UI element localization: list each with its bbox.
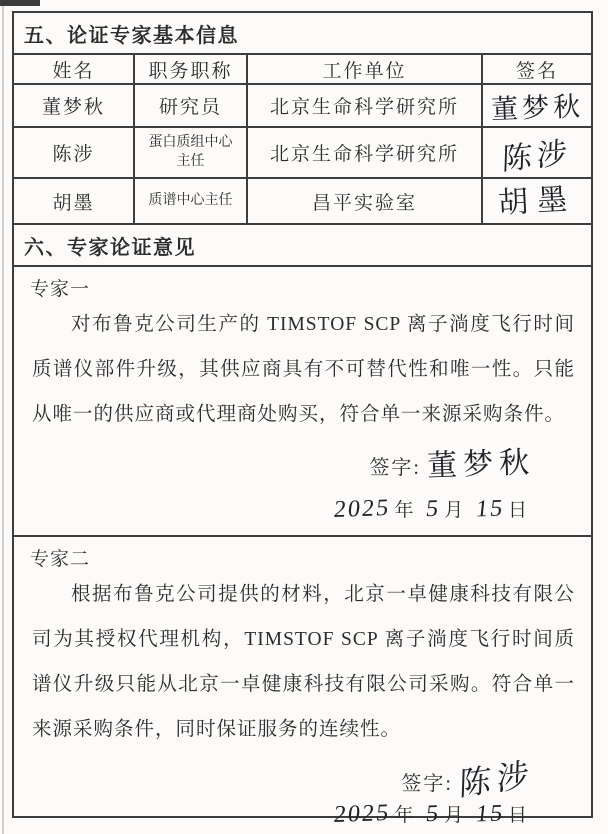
expert2-sign-line: 签字:陈涉: [30, 754, 577, 800]
day-label: 日: [508, 500, 529, 521]
section5-title: 五、论证专家基本信息: [14, 13, 591, 55]
day-label: 日: [508, 805, 529, 826]
month-label: 月: [444, 500, 465, 521]
table-row: 陈涉 蛋白质组中心主任 北京生命科学研究所 陈涉: [14, 127, 591, 178]
expert1-sign-line: 签字:董梦秋: [30, 439, 577, 483]
col-header-signature: 签名: [482, 55, 591, 84]
handwritten-signature: 陈涉: [459, 748, 536, 805]
sign-label: 签字:: [369, 457, 421, 479]
expert-unit: 昌平实验室: [247, 178, 482, 224]
expert-name: 董梦秋: [14, 84, 134, 127]
signature-cell: 陈涉: [482, 127, 591, 178]
col-header-title: 职务职称: [134, 55, 247, 84]
table-row: 胡墨 质谱中心主任 昌平实验室 胡墨: [14, 178, 591, 224]
handwritten-day: 15: [474, 496, 505, 524]
expert2-label: 专家二: [30, 541, 577, 571]
expert1-date-line: 2025年 5月 15日: [30, 495, 577, 523]
handwritten-day: 15: [474, 801, 505, 829]
handwritten-year: 2025: [333, 495, 392, 524]
expert2-opinion-block: 专家二 根据布鲁克公司提供的材料，北京一卓健康科技有限公司为其授权代理机构，TI…: [14, 535, 591, 834]
expert-unit: 北京生命科学研究所: [247, 84, 482, 127]
expert-unit: 北京生命科学研究所: [247, 127, 482, 178]
handwritten-signature: 董梦秋: [490, 84, 584, 126]
expert-title: 研究员: [134, 84, 247, 127]
section6-title: 六、专家论证意见: [14, 225, 591, 267]
handwritten-month: 5: [425, 496, 442, 523]
year-label: 年: [394, 500, 415, 521]
expert2-date-line: 2025年 5月 15日: [30, 800, 577, 828]
expert1-opinion-text: 对布鲁克公司生产的 TIMSTOF SCP 离子淌度飞行时间质谱仪部件升级，其供…: [32, 302, 575, 437]
expert-name: 胡墨: [14, 178, 134, 224]
expert-name: 陈涉: [14, 127, 134, 178]
expert-title: 质谱中心主任: [134, 178, 247, 224]
document-frame: 五、论证专家基本信息 姓名 职务职称 工作单位 签名 董梦秋 研究员 北京生命科…: [12, 11, 593, 818]
col-header-unit: 工作单位: [247, 55, 482, 84]
experts-info-table: 姓名 职务职称 工作单位 签名 董梦秋 研究员 北京生命科学研究所 董梦秋 陈涉…: [14, 55, 591, 225]
scanned-document-page: 五、论证专家基本信息 姓名 职务职称 工作单位 签名 董梦秋 研究员 北京生命科…: [0, 0, 608, 834]
handwritten-signature: 胡墨: [497, 174, 577, 222]
sign-label: 签字:: [401, 773, 453, 795]
scan-corner-artifact: [0, 0, 40, 6]
expert-title: 蛋白质组中心主任: [134, 127, 247, 178]
table-row: 董梦秋 研究员 北京生命科学研究所 董梦秋: [14, 84, 591, 127]
signature-cell: 董梦秋: [482, 84, 591, 127]
year-label: 年: [394, 805, 415, 826]
scan-edge-artifact: [2, 0, 4, 834]
handwritten-year: 2025: [333, 800, 392, 829]
handwritten-month: 5: [425, 801, 442, 828]
expert1-opinion-block: 专家一 对布鲁克公司生产的 TIMSTOF SCP 离子淌度飞行时间质谱仪部件升…: [14, 267, 591, 535]
handwritten-signature: 董梦秋: [426, 437, 535, 485]
signature-cell: 胡墨: [482, 178, 591, 224]
expert1-label: 专家一: [30, 271, 577, 301]
expert2-opinion-text: 根据布鲁克公司提供的材料，北京一卓健康科技有限公司为其授权代理机构，TIMSTO…: [32, 572, 575, 752]
month-label: 月: [444, 805, 465, 826]
table-header-row: 姓名 职务职称 工作单位 签名: [14, 55, 591, 84]
handwritten-signature: 陈涉: [501, 127, 572, 179]
col-header-name: 姓名: [14, 55, 134, 84]
